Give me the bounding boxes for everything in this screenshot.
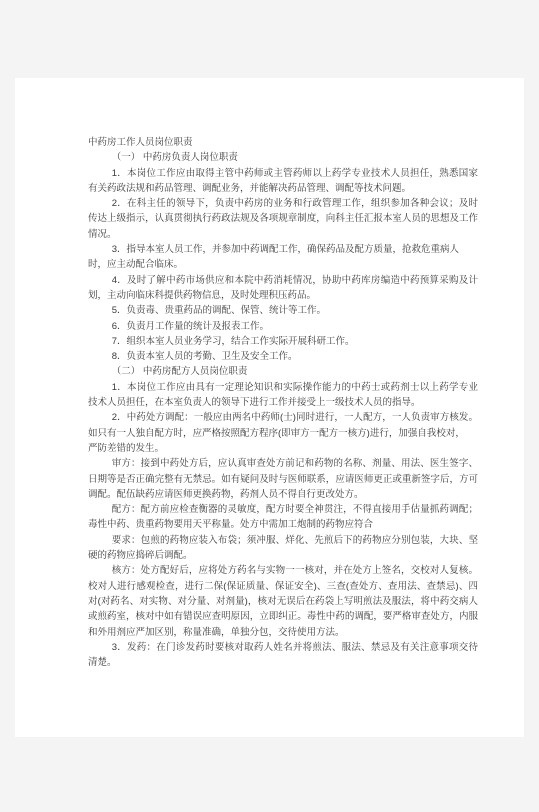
doc-paragraph: 审方：接到中药处方后，应认真审查处方前记和药物的名称、剂量、用法、医生签字、日期… [88,456,478,502]
doc-paragraph: 1．本岗位工作应由取得主管中药师或主管药师以上药学专业技术人员担任，熟悉国家有关… [88,166,478,197]
doc-paragraph: 3．发药：在门诊发药时要核对取药人姓名并将煎法、服法、禁忌及有关注意事项交待清楚… [88,640,478,671]
doc-paragraph: 1．本岗位工作应由具有一定理论知识和实际操作能力的中药士或药剂士以上药学专业技术… [88,380,478,411]
doc-paragraph: 6．负责月工作量的统计及报表工作。 [88,319,478,334]
document-text-block: 中药房工作人员岗位职责 （一） 中药房负责人岗位职责 1．本岗位工作应由取得主管… [88,135,478,670]
doc-section-heading: （一） 中药房负责人岗位职责 [88,150,478,165]
document-page: 中药房工作人员岗位职责 （一） 中药房负责人岗位职责 1．本岗位工作应由取得主管… [15,78,524,737]
doc-section-heading: （二） 中药房配方人员岗位职责 [88,364,478,379]
doc-paragraph: 8．负责本室人员的考勤、卫生及安全工作。 [88,349,478,364]
doc-paragraph: 7．组织本室人员业务学习，结合工作实际开展科研工作。 [88,334,478,349]
doc-paragraph: 要求：包煎的药物应装入布袋；须冲服、烊化、先煎后下的药物应分别包装，大块、坚硬的… [88,533,478,564]
doc-paragraph: 4．及时了解中药市场供应和本院中药消耗情况，协助中药库房编造中药预算采购及计划，… [88,273,478,304]
doc-paragraph: 5．负责毒、贵重药品的调配、保管、统计等工作。 [88,303,478,318]
doc-paragraph: 3．指导本室人员工作，并参加中药调配工作，确保药品及配方质量，抢救危重病人 时，… [88,242,478,273]
doc-paragraph: 核方：处方配好后，应将处方药名与实物一一核对，并在处方上签名，交校对人复核。校对… [88,563,478,639]
doc-paragraph: 2．中药处方调配：一般应由两名中药师(士)同时进行，一人配方，一人负责审方核发。… [88,410,478,456]
doc-paragraph: 2．在科主任的领导下，负责中药房的业务和行政管理工作，组织参加各种会议；及时传达… [88,196,478,242]
document-viewer-background: 中药房工作人员岗位职责 （一） 中药房负责人岗位职责 1．本岗位工作应由取得主管… [0,0,539,812]
doc-title: 中药房工作人员岗位职责 [88,135,478,150]
doc-paragraph: 配方：配方前应检查衡器的灵敏度，配方时要全神贯注，不得直接用手估量抓药调配；毒性… [88,502,478,533]
